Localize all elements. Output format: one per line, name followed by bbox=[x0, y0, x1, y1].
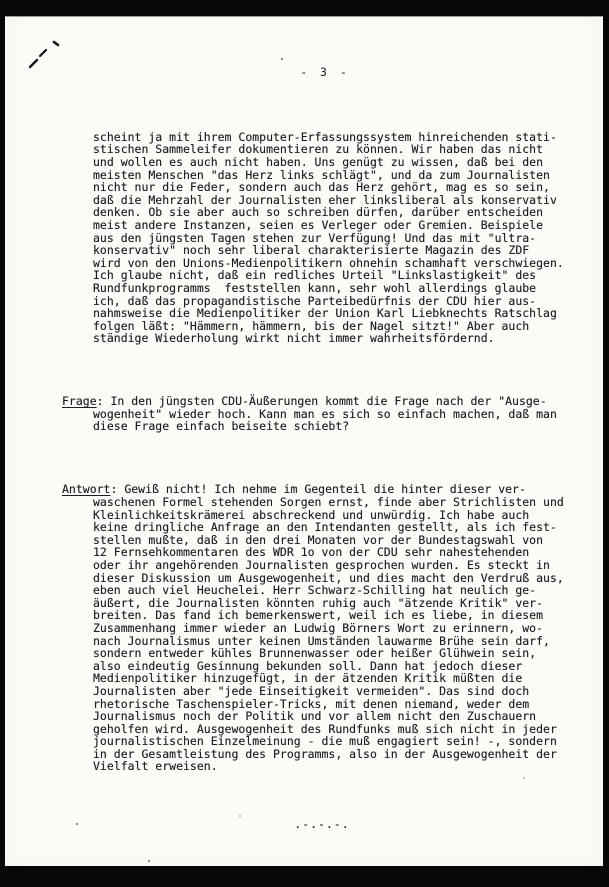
closing-mark: .-.-.-. bbox=[62, 818, 551, 831]
scan-speck bbox=[76, 823, 78, 825]
page-number: - 3 - bbox=[270, 65, 380, 79]
scan-speck bbox=[281, 58, 283, 60]
pen-mark bbox=[23, 37, 67, 77]
scan-speck bbox=[208, 162, 210, 164]
scan-speck bbox=[338, 689, 340, 691]
scan-speck bbox=[239, 815, 241, 817]
question-label: Frage bbox=[62, 394, 97, 408]
document-body: scheint ja mit ihrem Computer-Erfassungs… bbox=[62, 93, 567, 856]
question-block: Frage: In den jüngsten CDU-Äußerungen ko… bbox=[62, 395, 567, 433]
paragraph-intro: scheint ja mit ihrem Computer-Erfassungs… bbox=[62, 131, 567, 345]
question-text: : In den jüngsten CDU-Äußerungen kommt d… bbox=[93, 394, 557, 433]
answer-block: Antwort: Gewiß nicht! Ich nehme im Gegen… bbox=[62, 483, 567, 773]
scan-speck bbox=[148, 860, 150, 862]
scanned-page: - 3 - scheint ja mit ihrem Computer-Erfa… bbox=[5, 16, 603, 866]
scan-speck bbox=[523, 777, 525, 779]
answer-text: : Gewiß nicht! Ich nehme im Gegenteil di… bbox=[93, 482, 564, 773]
